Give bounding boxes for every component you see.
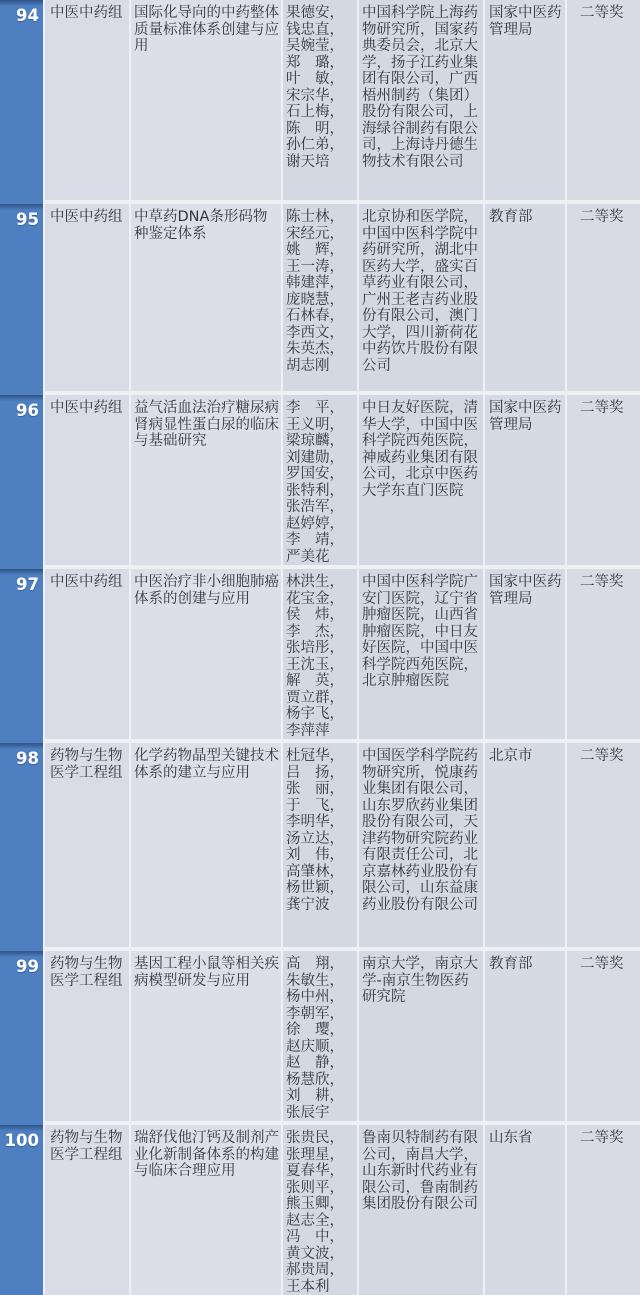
person-name: 赵庆顺， bbox=[286, 1039, 357, 1056]
person-name: 侯 炜， bbox=[286, 607, 357, 624]
person-name: 郑 璐， bbox=[286, 55, 357, 72]
person-name: 刘 耕， bbox=[286, 1088, 357, 1105]
award-cell: 二等奖 bbox=[567, 951, 640, 1121]
group-cell: 药物与生物医学工程组 bbox=[45, 743, 129, 947]
person-name: 熊玉卿， bbox=[286, 1196, 357, 1213]
person-name: 高 翔， bbox=[286, 956, 357, 973]
person-name: 李萍萍 bbox=[286, 723, 357, 740]
person-name: 贾立群， bbox=[286, 690, 357, 707]
organizations-cell: 中国中医科学院广安门医院，辽宁省肿瘤医院，山西省肿瘤医院，中日友好医院，中国中医… bbox=[359, 569, 483, 739]
person-name: 夏春华， bbox=[286, 1163, 357, 1180]
person-name: 陈 明， bbox=[286, 121, 357, 138]
person-name: 李明华， bbox=[286, 814, 357, 831]
recommender-cell: 国家中医药管理局 bbox=[485, 0, 565, 200]
award-cell: 二等奖 bbox=[567, 0, 640, 200]
person-name: 李 杰， bbox=[286, 624, 357, 641]
person-name: 徐 璎， bbox=[286, 1022, 357, 1039]
org-name: 北京肿瘤医院 bbox=[362, 673, 449, 689]
people-cell: 高 翔，朱敏生，杨中州，李朝军，徐 璎，赵庆顺，赵 静，杨慧欣，刘 耕，张辰宇 bbox=[283, 951, 357, 1121]
recommender-cell: 国家中医药管理局 bbox=[485, 569, 565, 739]
person-name: 赵婷婷， bbox=[286, 516, 357, 533]
row-number-cell: 97 bbox=[0, 569, 43, 743]
project-title-cell: 益气活血法治疗糖尿病肾病显性蛋白尿的临床与基础研究 bbox=[131, 395, 281, 565]
person-name: 黄文波， bbox=[286, 1246, 357, 1263]
person-name: 张特利， bbox=[286, 483, 357, 500]
person-name: 花宝金， bbox=[286, 591, 357, 608]
project-title-cell: 基因工程小鼠等相关疾病模型研发与应用 bbox=[131, 951, 281, 1121]
person-name: 严美花 bbox=[286, 549, 357, 566]
people-cell: 果德安，钱忠直，吴婉莹，郑 璐，叶 敏，宋宗华，石上梅，陈 明，孙仁弟，谢天培 bbox=[283, 0, 357, 200]
org-name: 中日友好医院， bbox=[362, 400, 464, 416]
person-name: 吴婉莹， bbox=[286, 38, 357, 55]
person-name: 胡志刚 bbox=[286, 358, 357, 375]
award-cell: 二等奖 bbox=[567, 1125, 640, 1295]
person-name: 宋经元， bbox=[286, 226, 357, 243]
person-name: 李 靖， bbox=[286, 532, 357, 549]
organizations-cell: 北京协和医学院，中国中医科学院中药研究所，湖北中医药大学，盛实百草药业有限公司，… bbox=[359, 204, 483, 391]
person-name: 赵 静， bbox=[286, 1055, 357, 1072]
table-row: 96 中医中药组 益气活血法治疗糖尿病肾病显性蛋白尿的临床与基础研究 李 平，王… bbox=[0, 395, 640, 565]
table-row: 98 药物与生物医学工程组 化学药物晶型关键技术体系的建立与应用 杜冠华，吕 扬… bbox=[0, 743, 640, 947]
page: { "colors": { "number_column_bg": "#4e7f… bbox=[0, 0, 640, 1295]
table-row: 99 药物与生物医学工程组 基因工程小鼠等相关疾病模型研发与应用 高 翔，朱敏生… bbox=[0, 951, 640, 1121]
person-name: 龚宁波 bbox=[286, 897, 357, 914]
person-name: 张培彤， bbox=[286, 640, 357, 657]
project-title-cell: 中草药DNA条形码物种鉴定体系 bbox=[131, 204, 281, 391]
person-name: 钱忠直， bbox=[286, 22, 357, 39]
person-name: 赵志全， bbox=[286, 1213, 357, 1230]
person-name: 李朝军， bbox=[286, 1006, 357, 1023]
award-cell: 二等奖 bbox=[567, 743, 640, 947]
person-name: 张则平， bbox=[286, 1180, 357, 1197]
person-name: 刘 伟， bbox=[286, 847, 357, 864]
person-name: 张浩军， bbox=[286, 499, 357, 516]
recommender-cell: 教育部 bbox=[485, 951, 565, 1121]
person-name: 朱敏生， bbox=[286, 973, 357, 990]
person-name: 吕 扬， bbox=[286, 765, 357, 782]
award-table: 94 中医中药组 国际化导向的中药整体质量标准体系创建与应用 果德安，钱忠直，吴… bbox=[0, 0, 640, 1295]
group-cell: 药物与生物医学工程组 bbox=[45, 1125, 129, 1295]
person-name: 梁琼麟， bbox=[286, 433, 357, 450]
person-name: 于 飞， bbox=[286, 798, 357, 815]
person-name: 庞晓慧， bbox=[286, 292, 357, 309]
person-name: 刘建勋， bbox=[286, 450, 357, 467]
recommender-cell: 国家中医药管理局 bbox=[485, 395, 565, 565]
organizations-cell: 中国医学科学院药物研究所，悦康药业集团有限公司，山东罗欣药业集团股份有限公司，天… bbox=[359, 743, 483, 947]
table-row: 95 中医中药组 中草药DNA条形码物种鉴定体系 陈士林，宋经元，姚 辉，王一涛… bbox=[0, 204, 640, 391]
person-name: 杜冠华， bbox=[286, 748, 357, 765]
row-number-cell: 96 bbox=[0, 395, 43, 569]
recommender-cell: 北京市 bbox=[485, 743, 565, 947]
recommender-cell: 教育部 bbox=[485, 204, 565, 391]
person-name: 王一涛， bbox=[286, 259, 357, 276]
person-name: 林洪生， bbox=[286, 574, 357, 591]
table-row: 97 中医中药组 中医治疗非小细胞肺癌体系的创建与应用 林洪生，花宝金，侯 炜，… bbox=[0, 569, 640, 739]
people-cell: 张贵民，张理星，夏春华，张则平，熊玉卿，赵志全，冯 中，黄文波，郝贵周，王本利 bbox=[283, 1125, 357, 1295]
project-title-cell: 中医治疗非小细胞肺癌体系的创建与应用 bbox=[131, 569, 281, 739]
person-name: 姚 辉， bbox=[286, 242, 357, 259]
person-name: 石林春， bbox=[286, 308, 357, 325]
award-cell: 二等奖 bbox=[567, 395, 640, 565]
table-row: 94 中医中药组 国际化导向的中药整体质量标准体系创建与应用 果德安，钱忠直，吴… bbox=[0, 0, 640, 200]
row-number-cell: 95 bbox=[0, 204, 43, 395]
person-name: 朱英杰， bbox=[286, 341, 357, 358]
person-name: 韩建萍， bbox=[286, 275, 357, 292]
person-name: 解 英， bbox=[286, 673, 357, 690]
person-name: 叶 敏， bbox=[286, 71, 357, 88]
person-name: 张辰宇 bbox=[286, 1105, 357, 1122]
group-cell: 中医中药组 bbox=[45, 569, 129, 739]
table-row: 100 药物与生物医学工程组 瑞舒伐他汀钙及制剂产业化新制备体系的构建与临床合理… bbox=[0, 1125, 640, 1295]
group-cell: 中医中药组 bbox=[45, 395, 129, 565]
people-cell: 李 平，王义明，梁琼麟，刘建勋，罗国安，张特利，张浩军，赵婷婷，李 靖，严美花 bbox=[283, 395, 357, 565]
org-name: 北京协和医学院， bbox=[362, 209, 478, 225]
award-cell: 二等奖 bbox=[567, 569, 640, 739]
org-name: 南京大学， bbox=[362, 956, 435, 972]
row-number-cell: 94 bbox=[0, 0, 43, 204]
organizations-cell: 南京大学，南京大学-南京生物医药研究院 bbox=[359, 951, 483, 1121]
row-number-cell: 99 bbox=[0, 951, 43, 1125]
person-name: 陈士林， bbox=[286, 209, 357, 226]
award-cell: 二等奖 bbox=[567, 204, 640, 391]
person-name: 石上梅， bbox=[286, 104, 357, 121]
person-name: 郝贵周， bbox=[286, 1262, 357, 1279]
people-cell: 杜冠华，吕 扬，张 丽，于 飞，李明华，汤立达，刘 伟，高肇林，杨世颖，龚宁波 bbox=[283, 743, 357, 947]
recommender-cell: 山东省 bbox=[485, 1125, 565, 1295]
row-number-cell: 98 bbox=[0, 743, 43, 951]
person-name: 宋宗华， bbox=[286, 88, 357, 105]
people-cell: 林洪生，花宝金，侯 炜，李 杰，张培彤，王沈玉，解 英，贾立群，杨宇飞，李萍萍 bbox=[283, 569, 357, 739]
person-name: 果德安， bbox=[286, 5, 357, 22]
project-title-cell: 瑞舒伐他汀钙及制剂产业化新制备体系的构建与临床合理应用 bbox=[131, 1125, 281, 1295]
person-name: 冯 中， bbox=[286, 1229, 357, 1246]
group-cell: 中医中药组 bbox=[45, 0, 129, 200]
person-name: 杨世颖， bbox=[286, 880, 357, 897]
person-name: 李西文， bbox=[286, 325, 357, 342]
person-name: 王沈玉， bbox=[286, 657, 357, 674]
person-name: 罗国安， bbox=[286, 466, 357, 483]
group-cell: 中医中药组 bbox=[45, 204, 129, 391]
person-name: 张 丽， bbox=[286, 781, 357, 798]
people-cell: 陈士林，宋经元，姚 辉，王一涛，韩建萍，庞晓慧，石林春，李西文，朱英杰，胡志刚 bbox=[283, 204, 357, 391]
person-name: 张贵民， bbox=[286, 1130, 357, 1147]
org-name: 南昌大学， bbox=[406, 1147, 479, 1163]
organizations-cell: 中日友好医院，清华大学，中国中医科学院西苑医院，神威药业集团有限公司，北京中医药… bbox=[359, 395, 483, 565]
org-name: 山东罗欣药业集团股份有限公司， bbox=[362, 798, 478, 831]
organizations-cell: 中国科学院上海药物研究所，国家药典委员会，北京大学，扬子江药业集团有限公司，广西… bbox=[359, 0, 483, 200]
person-name: 谢天培 bbox=[286, 154, 357, 171]
person-name: 孙仁弟， bbox=[286, 137, 357, 154]
person-name: 李 平， bbox=[286, 400, 357, 417]
organizations-cell: 鲁南贝特制药有限公司，南昌大学，山东新时代药业有限公司，鲁南制药集团股份有限公司 bbox=[359, 1125, 483, 1295]
person-name: 王本利 bbox=[286, 1279, 357, 1295]
person-name: 杨中州， bbox=[286, 989, 357, 1006]
row-number-cell: 100 bbox=[0, 1125, 43, 1295]
project-title-cell: 国际化导向的中药整体质量标准体系创建与应用 bbox=[131, 0, 281, 200]
person-name: 高肇林， bbox=[286, 864, 357, 881]
person-name: 汤立达， bbox=[286, 831, 357, 848]
project-title-cell: 化学药物晶型关键技术体系的建立与应用 bbox=[131, 743, 281, 947]
person-name: 杨宇飞， bbox=[286, 706, 357, 723]
person-name: 杨慧欣， bbox=[286, 1072, 357, 1089]
person-name: 王义明， bbox=[286, 417, 357, 434]
person-name: 张理星， bbox=[286, 1147, 357, 1164]
group-cell: 药物与生物医学工程组 bbox=[45, 951, 129, 1121]
